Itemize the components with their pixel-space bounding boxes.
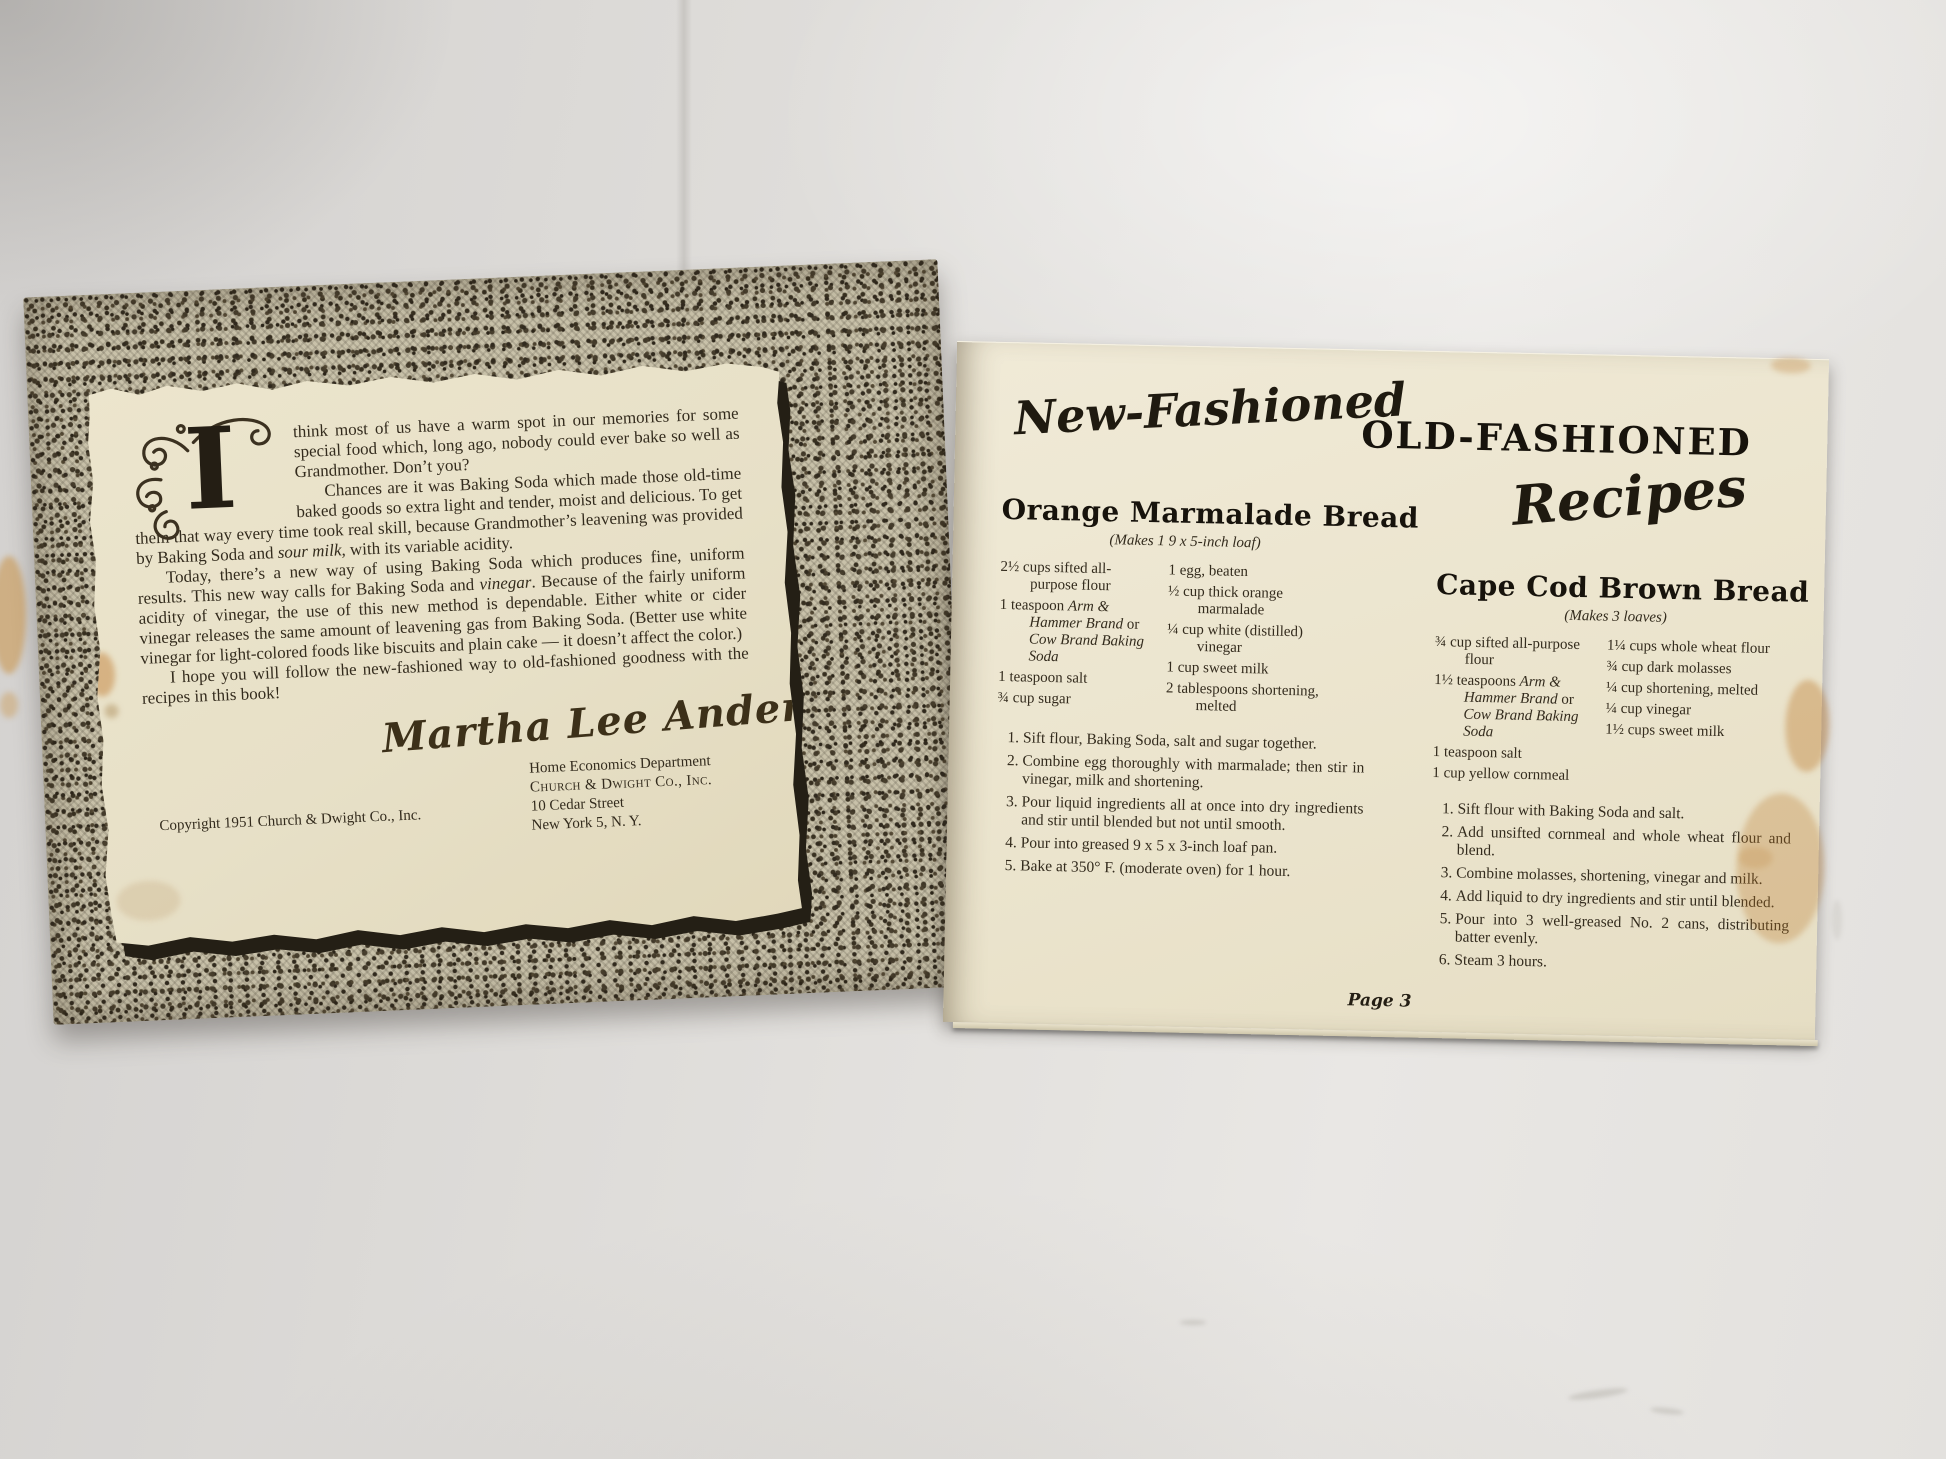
ingredient: ¼ cup shortening, melted — [1606, 680, 1782, 701]
note-paper: I think most of us have a warm spot in o… — [83, 358, 806, 949]
ingredient: 2½ cups sifted all-purpose flour — [1000, 559, 1157, 596]
ingredient: 1 teaspoon Arm & Hammer Brand or Cow Bra… — [998, 597, 1155, 668]
photo-backdrop: I think most of us have a warm spot in o… — [0, 0, 1946, 1459]
ingredient-qty: 1 — [1000, 597, 1008, 613]
recipe-step: Pour into greased 9 x 5 x 3-inch loaf pa… — [1021, 834, 1363, 859]
ingredient-text: cup shortening, melted — [1621, 680, 1758, 699]
ingredient-qty: ¼ — [1167, 621, 1179, 637]
ingredient-qty: 1 — [1166, 659, 1174, 675]
ingredient-text: cup yellow cornmeal — [1443, 765, 1569, 784]
ingredient-column: 1¼ cups whole wheat flour¾ cup dark mola… — [1604, 638, 1783, 794]
ingredient-text: teaspoons Arm & Hammer Brand or Cow Bran… — [1457, 672, 1579, 740]
decorative-initial: I — [131, 425, 284, 517]
stain — [1784, 679, 1830, 772]
header-old-fashioned: OLD-FASHIONED — [1361, 412, 1748, 464]
ingredient-qty: 1½ — [1434, 672, 1453, 688]
recipe-yield: (Makes 3 loaves) — [1435, 605, 1795, 630]
drop-cap-letter: I — [182, 413, 239, 527]
stain — [88, 652, 116, 697]
ingredient-text: cup vinegar — [1620, 701, 1691, 718]
backdrop-crease — [676, 0, 692, 300]
ingredient: 1 teaspoon salt — [1433, 744, 1593, 764]
ingredient-qty: ¼ — [1606, 701, 1618, 717]
ingredient: 1½ cups sweet milk — [1605, 722, 1781, 743]
ingredient-text: egg, beaten — [1180, 563, 1249, 580]
ingredient-qty: 1 — [998, 669, 1006, 685]
ingredient-column: 2½ cups sifted all-purpose flour1 teaspo… — [997, 559, 1156, 718]
recipe-step: Combine egg thoroughly with marmalade; t… — [1022, 752, 1365, 795]
stain — [1735, 792, 1826, 944]
recipes-page: New-Fashioned OLD-FASHIONED Recipes Oran… — [943, 341, 1829, 1040]
ingredient: 2 tablespoons shortening, melted — [1165, 680, 1330, 717]
ingredient-qty: 1 — [1432, 765, 1440, 781]
recipe-step: Pour into 3 well-greased No. 2 cans, dis… — [1455, 911, 1790, 954]
ingredient-qty: 1½ — [1605, 722, 1624, 738]
ingredient: 1½ teaspoons Arm & Hammer Brand or Cow B… — [1433, 672, 1594, 743]
ingredient-columns: ¾ cup sifted all-purpose flour1½ teaspoo… — [1432, 634, 1795, 794]
recipe-steps: Sift flour, Baking Soda, salt and sugar … — [994, 729, 1365, 883]
ingredient: ½ cup thick orange marmalade — [1167, 583, 1332, 620]
header-new-fashioned: New-Fashioned — [1013, 374, 1367, 445]
stain — [1771, 357, 1811, 374]
ingredient-text: cup white (distilled) vinegar — [1182, 622, 1303, 656]
recipe-title: Cape Cod Brown Bread — [1436, 568, 1797, 609]
ingredient: 1 cup sweet milk — [1166, 659, 1330, 679]
recipe-cape-cod-brown-bread: Cape Cod Brown Bread (Makes 3 loaves) ¾ … — [1428, 568, 1796, 981]
scuff-mark — [1180, 1320, 1206, 1325]
ingredient-text: cup sugar — [1013, 690, 1071, 707]
ingredient-text: cups sifted all-purpose flour — [1023, 559, 1112, 594]
ingredient-text: cup sifted all-purpose flour — [1450, 634, 1580, 668]
ingredient-qty: ¾ — [998, 690, 1010, 706]
ingredient-qty: 1¼ — [1607, 638, 1626, 654]
ingredient: ¾ cup sifted all-purpose flour — [1434, 634, 1595, 671]
ingredient: 1 teaspoon salt — [998, 669, 1154, 689]
ingredient-qty: 1 — [1168, 562, 1176, 578]
ingredient-text: cups whole wheat flour — [1629, 638, 1770, 657]
ingredient-text: tablespoons shortening, melted — [1177, 681, 1319, 715]
recipe-step: Sift flour, Baking Soda, salt and sugar … — [1023, 729, 1365, 754]
scuff-mark — [1568, 1386, 1629, 1402]
stain — [116, 879, 182, 922]
copyright-line: Copyright 1951 Church & Dwight Co., Inc. — [159, 807, 422, 835]
ingredient-column: 1 egg, beaten½ cup thick orange marmalad… — [1165, 562, 1332, 721]
ingredient-qty: ¾ — [1606, 659, 1618, 675]
ingredient-text: cup thick orange marmalade — [1183, 584, 1283, 619]
ingredient-text: cup dark molasses — [1621, 659, 1731, 677]
stain — [1738, 846, 1772, 869]
header-recipes: Recipes — [1497, 453, 1761, 539]
ingredient-qty: 2½ — [1000, 559, 1019, 575]
note-footer: Copyright 1951 Church & Dwight Co., Inc.… — [145, 750, 756, 851]
address-block: Home Economics Department Church & Dwigh… — [529, 752, 714, 836]
ingredient-qty: ¾ — [1435, 634, 1447, 650]
ingredient-columns: 2½ cups sifted all-purpose flour1 teaspo… — [997, 559, 1368, 723]
stain — [0, 692, 18, 718]
ingredient: ¼ cup white (distilled) vinegar — [1167, 621, 1332, 658]
recipe-title: Orange Marmalade Bread — [1001, 493, 1370, 534]
ingredient: 1 cup yellow cornmeal — [1432, 765, 1592, 785]
scuff-mark — [1650, 1406, 1684, 1416]
ingredient: 1 egg, beaten — [1168, 562, 1332, 582]
stain — [0, 556, 26, 674]
ingredient: 1¼ cups whole wheat flour — [1607, 638, 1783, 659]
ingredient-qty: 1 — [1433, 744, 1441, 760]
ingredient-column: ¾ cup sifted all-purpose flour1½ teaspoo… — [1432, 634, 1595, 789]
ingredient: ¾ cup dark molasses — [1606, 659, 1782, 680]
ingredient: ¼ cup vinegar — [1605, 701, 1781, 722]
recipe-orange-marmalade-bread: Orange Marmalade Bread (Makes 1 9 x 5-in… — [994, 493, 1370, 888]
ingredient-qty: ½ — [1168, 583, 1180, 599]
recipe-step: Steam 3 hours. — [1454, 951, 1788, 976]
ingredient-text: teaspoon salt — [1009, 669, 1087, 687]
ingredient: ¾ cup sugar — [998, 690, 1154, 710]
page-number: Page 3 — [943, 982, 1815, 1020]
ingredient-text: cups sweet milk — [1628, 722, 1725, 740]
recipe-yield: (Makes 1 9 x 5-inch loaf) — [1001, 530, 1369, 555]
ingredient-text: teaspoon salt — [1444, 744, 1522, 762]
ingredient-text: teaspoon Arm & Hammer Brand or Cow Brand… — [1011, 597, 1144, 665]
scuff-mark — [1832, 900, 1842, 940]
ingredient-qty: ¼ — [1606, 680, 1618, 696]
signature: Martha Lee Anderson — [380, 687, 753, 762]
recipe-step: Pour liquid ingredients all at once into… — [1021, 793, 1364, 836]
recipe-step: Bake at 350° F. (moderate oven) for 1 ho… — [1020, 857, 1362, 882]
stain — [104, 704, 119, 719]
ingredient-text: cup sweet milk — [1178, 660, 1269, 678]
recipe-step: Sift flour with Baking Soda and salt. — [1457, 801, 1791, 826]
pasted-intro-note: I think most of us have a warm spot in o… — [83, 358, 806, 949]
booklet-tweed-cover: I think most of us have a warm spot in o… — [23, 259, 968, 1025]
ingredient-qty: 2 — [1166, 680, 1174, 696]
